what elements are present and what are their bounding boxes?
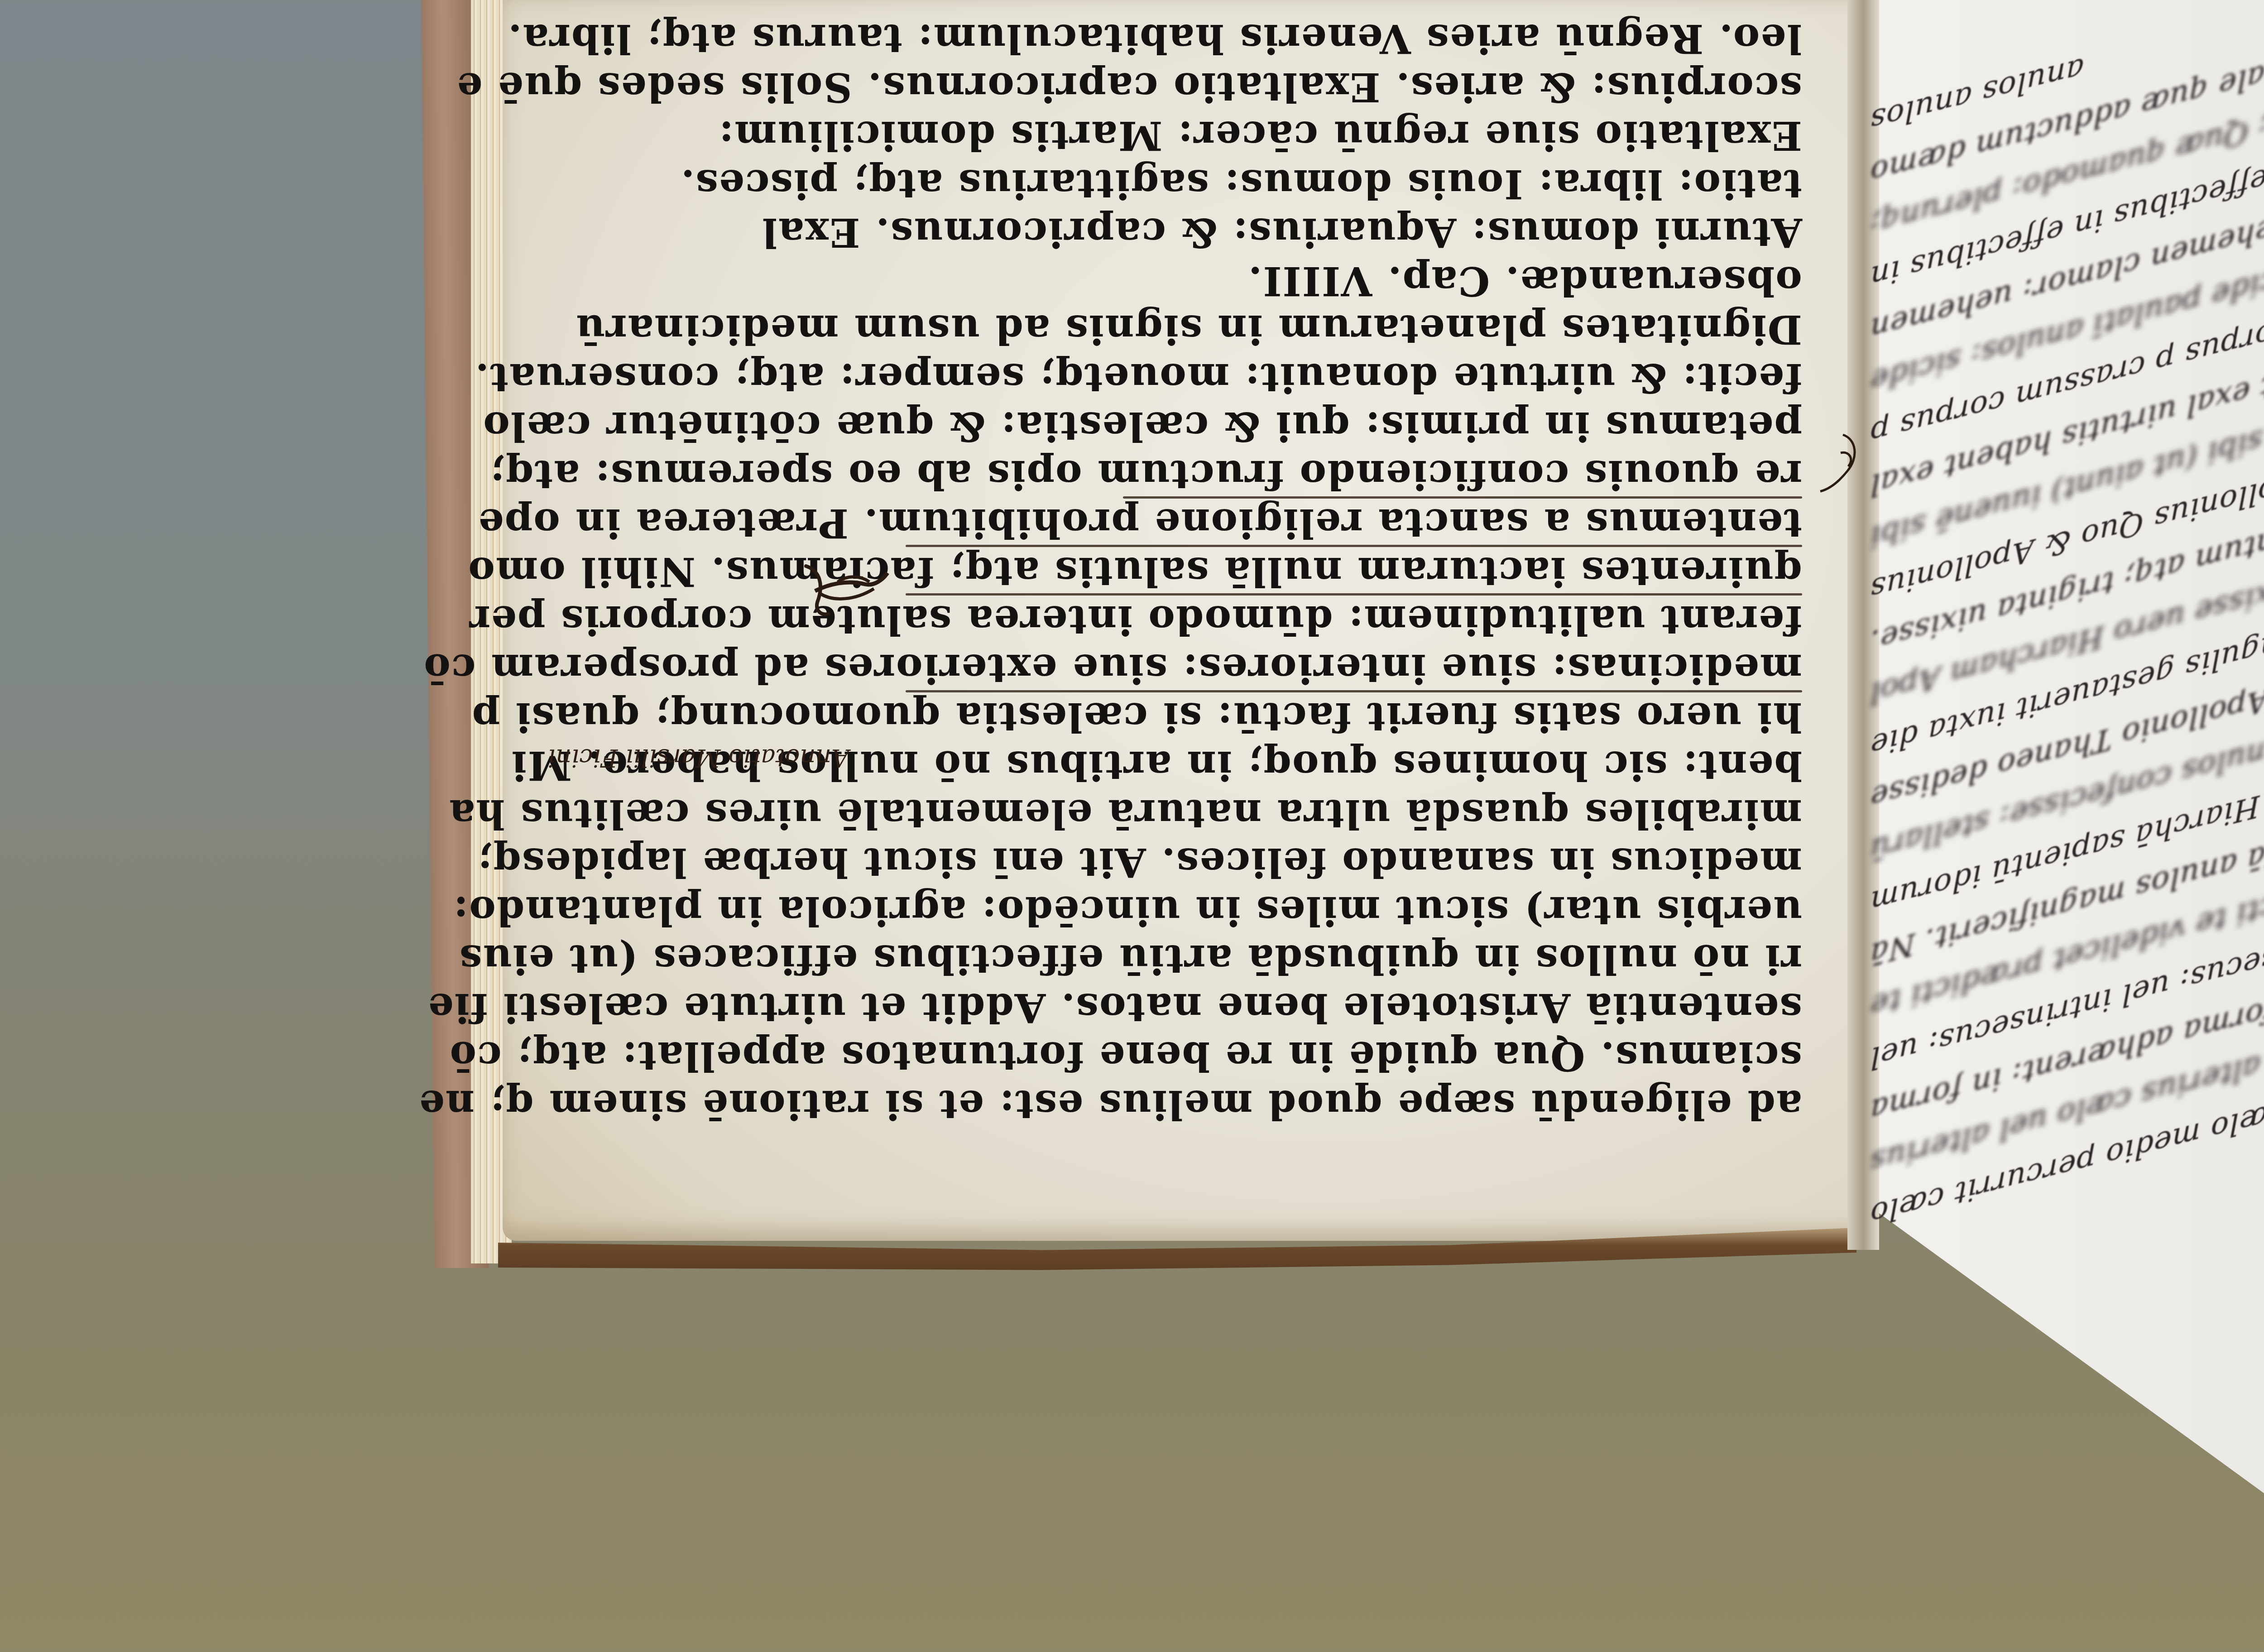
- ink-underline: [906, 593, 1802, 595]
- text-line: sciamus. Qua quidē in re bene fortunatos…: [906, 1037, 1802, 1076]
- text-line: obseruandæ. Cap. VIIII.: [906, 261, 1802, 301]
- book-photo-scene: leo. Regnū aries Veneris habitaculum: ta…: [0, 0, 2264, 1652]
- text-line: Dignitates planetarum in signis ad usum …: [906, 310, 1802, 350]
- text-line: Exaltatio siue regnū cācer: Martis domic…: [906, 116, 1802, 156]
- left-page-text-block: leo. Regnū aries Veneris habitaculum: ta…: [887, 0, 1820, 1159]
- text-line: scorpius: & aries. Exaltatio capricornus…: [906, 67, 1802, 107]
- text-line: petamus in primis: qui & cælestia: & quæ…: [906, 407, 1802, 447]
- manicule-pointing-hand-icon: [797, 557, 897, 629]
- ink-underline: [1123, 496, 1802, 499]
- text-line: re quouis conficiendo fructum opis ab eo…: [906, 455, 1802, 495]
- right-page-text-block: anulos anulossale quæ adductum dæmo sale…: [1861, 0, 2264, 1301]
- text-line: bent: sic homines quoq; in artibus nō nu…: [906, 746, 1802, 786]
- text-line: leo. Regnū aries Veneris habitaculum: ta…: [906, 19, 1802, 59]
- text-line: medicus in sanando felices. Ait enī sicu…: [906, 843, 1802, 883]
- manicule-gutter-icon: [1816, 430, 1866, 503]
- text-line: uerbis utar) sicut miles in uincēdo: agr…: [906, 891, 1802, 931]
- ink-underline: [906, 545, 1802, 547]
- text-line: tentemus a sancta religione prohibitum. …: [906, 504, 1802, 543]
- ink-underline: [906, 690, 1802, 692]
- text-line: Aturni domus: Aquarius: & capricornus. E…: [906, 213, 1802, 253]
- text-line: ad eligendū sæpe quod melius est: et si …: [906, 1085, 1802, 1125]
- text-line: mirabiles quasdā ultra naturā elementalē…: [906, 794, 1802, 834]
- text-line: medicinas: siue interiores: siue exterio…: [906, 649, 1802, 689]
- text-line: ferant ualitudinem: dūmodo interea salut…: [906, 600, 1802, 640]
- text-line: fecit: & uirtute donauit: mouetq; semper…: [906, 358, 1802, 398]
- text-line: tatio: libra: Iouis domus: sagittarius a…: [906, 164, 1802, 204]
- handwritten-marginal-note: Annotatio Marsilii Ficini: [523, 704, 849, 772]
- text-line: sententiā Aristotele bene natos. Addit e…: [906, 988, 1802, 1028]
- text-line: hi uero satis fuerit factū: si cælestia …: [906, 697, 1802, 737]
- text-line: ri nō nullos in quibusdā artiū effectibu…: [906, 940, 1802, 980]
- text-line: quirentes iacturam nullā salutis atq; fa…: [906, 552, 1802, 592]
